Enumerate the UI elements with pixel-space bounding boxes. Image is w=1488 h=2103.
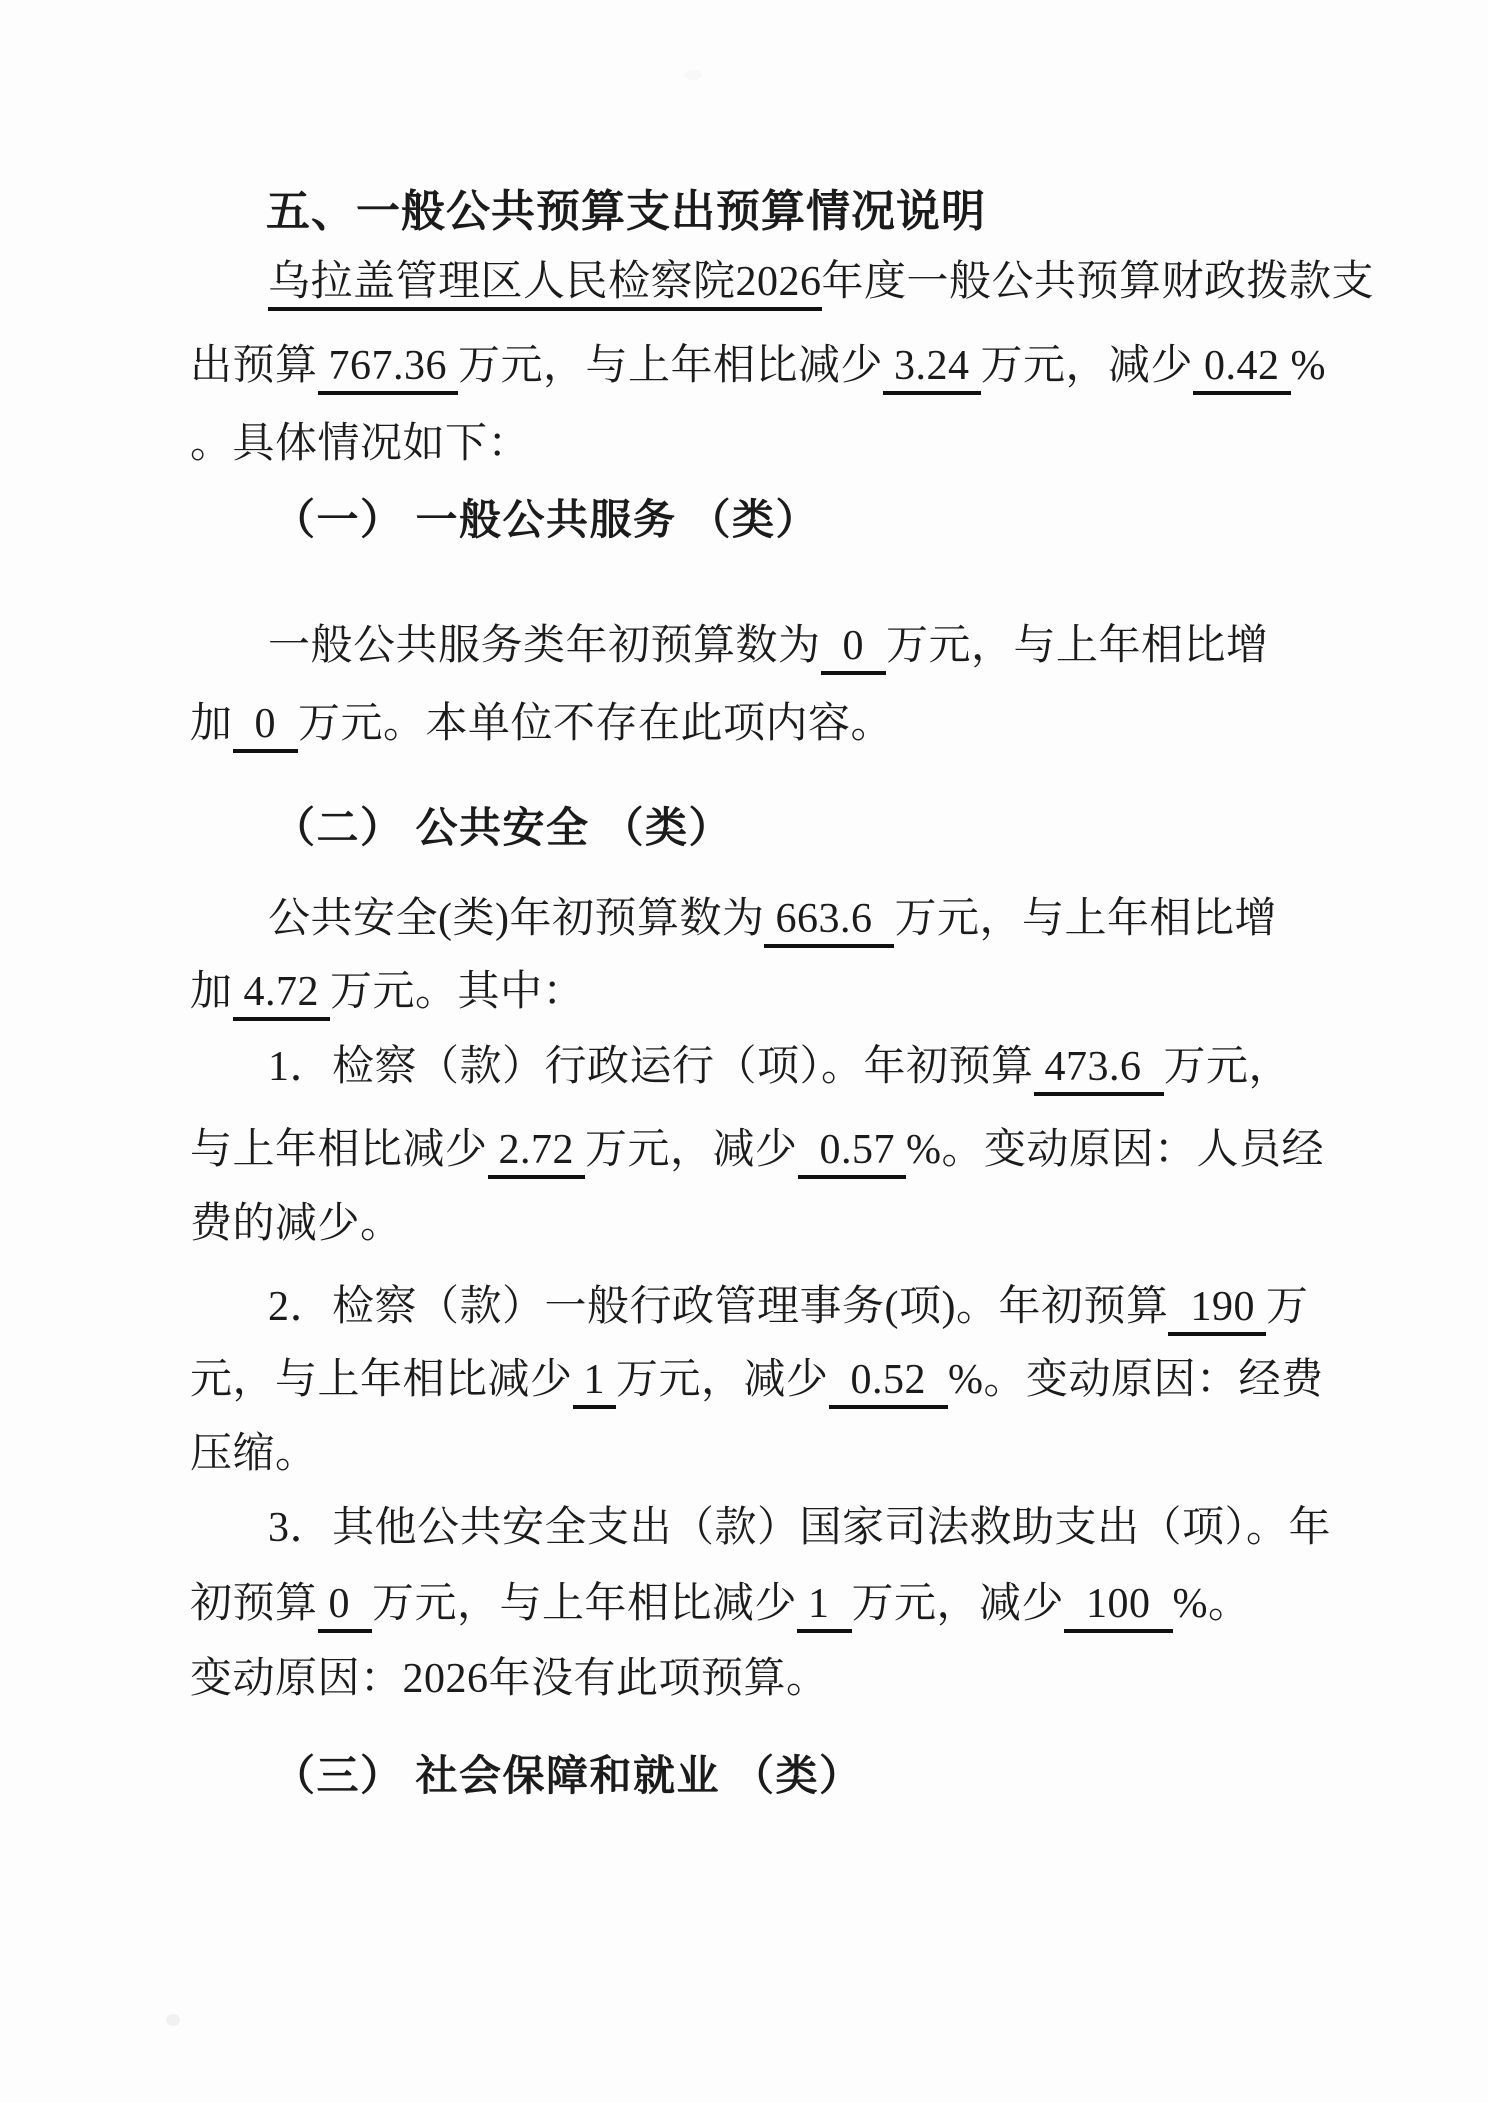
section-heading: （三） 社会保障和就业 （类） bbox=[190, 1753, 1453, 1803]
text-line: 出预算 767.36 万元，与上年相比减少 3.24 万元，减少 0.42 % bbox=[190, 342, 1370, 392]
scan-smudge-artifact bbox=[684, 70, 702, 80]
text-segment: 出预算 bbox=[190, 343, 318, 389]
underlined-value: 4.72 bbox=[233, 969, 331, 1021]
underlined-value: 663.6 bbox=[764, 896, 894, 948]
underlined-value: 1 bbox=[797, 1581, 852, 1633]
text-segment: 加 bbox=[190, 701, 233, 747]
text-segment: 万元， bbox=[1164, 1044, 1292, 1090]
text-segment: 1．检察（款）行政运行（项）。年初预算 bbox=[268, 1044, 1034, 1090]
text-segment: 与上年相比减少 bbox=[190, 1127, 488, 1173]
text-segment: %。 bbox=[1173, 1581, 1251, 1627]
text-segment: 万元，与上年相比减少 bbox=[372, 1581, 797, 1627]
section-heading: （一） 一般公共服务 （类） bbox=[190, 497, 1453, 547]
text-line: 。具体情况如下： bbox=[190, 420, 1370, 470]
underlined-value: 1 bbox=[573, 1357, 617, 1409]
document-title: 五、一般公共预算支出预算情况说明 bbox=[190, 186, 1446, 238]
underlined-value: 473.6 bbox=[1034, 1044, 1164, 1096]
underlined-value: 0.52 bbox=[829, 1357, 949, 1409]
text-segment: 。具体情况如下： bbox=[190, 421, 530, 467]
text-line: 初预算 0 万元，与上年相比减少 1 万元，减少 100 %。 bbox=[190, 1580, 1370, 1630]
underlined-value: 3.24 bbox=[883, 343, 981, 395]
text-segment: 初预算 bbox=[190, 1581, 318, 1627]
text-segment: 五、一般公共预算支出预算情况说明 bbox=[266, 187, 986, 236]
text-segment: 一般公共服务类年初预算数为 bbox=[268, 623, 821, 669]
text-line: 元，与上年相比减少 1 万元，减少 0.52 %。变动原因：经费 bbox=[190, 1356, 1370, 1406]
text-segment: （二） 公共安全 （类） bbox=[273, 806, 732, 852]
text-segment: 万 bbox=[1266, 1284, 1309, 1330]
scan-smudge-artifact bbox=[166, 2014, 180, 2026]
underlined-value: 0 bbox=[318, 1581, 373, 1633]
underlined-value: 0 bbox=[821, 623, 887, 675]
underlined-value: 0.57 bbox=[798, 1127, 907, 1179]
text-segment: 变动原因：2026年没有此项预算。 bbox=[190, 1656, 829, 1702]
underlined-value: 100 bbox=[1064, 1581, 1173, 1633]
text-segment: 3．其他公共安全支出（款）国家司法救助支出（项）。年 bbox=[268, 1505, 1331, 1551]
text-line: 与上年相比减少 2.72 万元，减少 0.57 %。变动原因：人员经 bbox=[190, 1126, 1370, 1176]
text-segment: 年度一般公共预算财政拨款支 bbox=[822, 259, 1375, 305]
underlined-value: 0.42 bbox=[1193, 343, 1291, 395]
text-segment: 万元，减少 bbox=[852, 1581, 1065, 1627]
section-heading: （二） 公共安全 （类） bbox=[190, 805, 1453, 855]
text-line: 2．检察（款）一般行政管理事务(项)。年初预算 190 万 bbox=[190, 1283, 1448, 1333]
text-segment: 加 bbox=[190, 969, 233, 1015]
text-segment: 万元。本单位不存在此项内容。 bbox=[298, 701, 893, 747]
text-line: 公共安全(类)年初预算数为 663.6 万元，与上年相比增 bbox=[190, 895, 1448, 945]
underlined-value: 乌拉盖管理区人民检察院2026 bbox=[268, 259, 822, 311]
text-segment: 万元，与上年相比增 bbox=[886, 623, 1269, 669]
text-line: 3．其他公共安全支出（款）国家司法救助支出（项）。年 bbox=[190, 1504, 1448, 1554]
text-segment: 万元，与上年相比减少 bbox=[458, 343, 883, 389]
text-line: 费的减少。 bbox=[190, 1200, 1370, 1250]
underlined-value: 190 bbox=[1168, 1284, 1266, 1336]
text-segment: 万元，减少 bbox=[616, 1357, 829, 1403]
underlined-value: 767.36 bbox=[318, 343, 459, 395]
text-line: 加 0 万元。本单位不存在此项内容。 bbox=[190, 700, 1370, 750]
text-line: 一般公共服务类年初预算数为 0 万元，与上年相比增 bbox=[190, 622, 1448, 672]
text-segment: 元，与上年相比减少 bbox=[190, 1357, 573, 1403]
text-segment: %。变动原因：经费 bbox=[948, 1357, 1324, 1403]
text-segment: 万元，减少 bbox=[585, 1127, 798, 1173]
text-segment: 费的减少。 bbox=[190, 1201, 403, 1247]
text-segment: 2．检察（款）一般行政管理事务(项)。年初预算 bbox=[268, 1284, 1168, 1330]
text-line: 压缩。 bbox=[190, 1430, 1370, 1480]
underlined-value: 0 bbox=[233, 701, 299, 753]
text-segment: %。变动原因：人员经 bbox=[906, 1127, 1324, 1173]
text-segment: 万元，减少 bbox=[981, 343, 1194, 389]
underlined-value: 2.72 bbox=[488, 1127, 586, 1179]
text-line: 乌拉盖管理区人民检察院2026年度一般公共预算财政拨款支 bbox=[190, 258, 1448, 308]
text-segment: 压缩。 bbox=[190, 1431, 318, 1477]
text-line: 加 4.72 万元。其中： bbox=[190, 968, 1370, 1018]
text-line: 变动原因：2026年没有此项预算。 bbox=[190, 1655, 1370, 1705]
document-page: 五、一般公共预算支出预算情况说明乌拉盖管理区人民检察院2026年度一般公共预算财… bbox=[0, 0, 1488, 2103]
text-segment: 万元，与上年相比增 bbox=[894, 896, 1277, 942]
text-segment: 公共安全(类)年初预算数为 bbox=[268, 896, 764, 942]
text-segment: （一） 一般公共服务 （类） bbox=[273, 498, 819, 544]
text-segment: 万元。其中： bbox=[330, 969, 585, 1015]
text-segment: % bbox=[1291, 343, 1327, 389]
text-line: 1．检察（款）行政运行（项）。年初预算 473.6 万元， bbox=[190, 1043, 1448, 1093]
text-segment: （三） 社会保障和就业 （类） bbox=[273, 1754, 863, 1800]
